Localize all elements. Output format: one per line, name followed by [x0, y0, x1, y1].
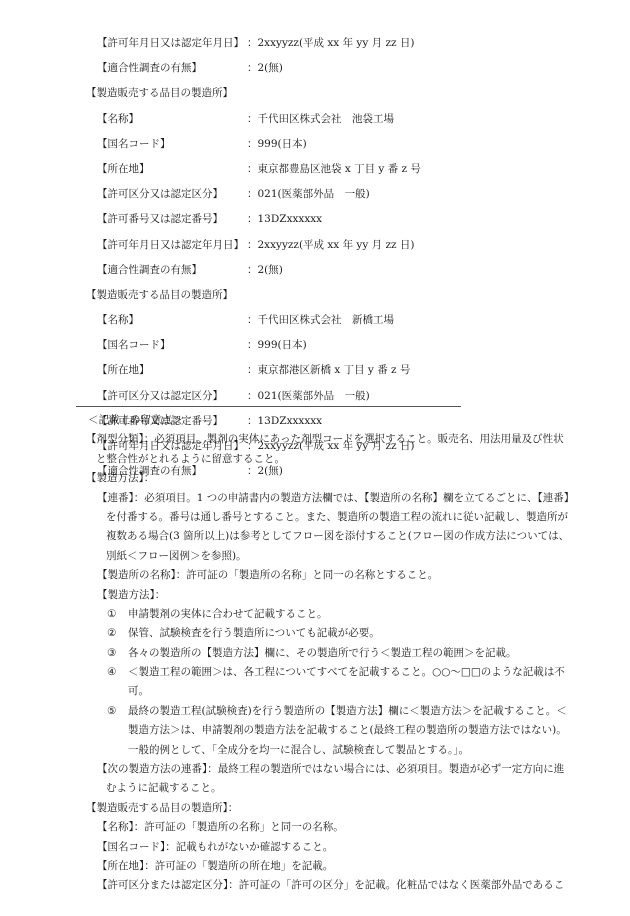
- field-label: 【許可年月日又は認定年月日】: [97, 35, 244, 51]
- note-text: 保管、試験検査を行う製造所についても記載が必要。: [128, 626, 380, 641]
- note-line: 【連番】：必須項目。1 つの申請書内の製造方法欄では、【製造所の名称】欄を立てる…: [0, 491, 630, 510]
- note-text: 最終の製造工程(試験検査)を行う製造所の【製造方法】欄に＜製造方法＞を記載するこ…: [128, 704, 567, 719]
- section-heading: 【製造販売する品目の製造所】: [86, 85, 233, 101]
- note-line: むように記載すること。: [0, 781, 630, 800]
- note-line: 【許可区分または認定区分】：許可証の「許可の区分」を記載。化粧品ではなく医薬部外…: [0, 878, 630, 897]
- note-line: 複数ある場合(3 箇所以上)は参考としてフロー図を添付すること(フロー図の作成方…: [0, 529, 630, 548]
- note-text: 【許可区分または認定区分】：許可証の「許可の区分」を記載。化粧品ではなく医薬部外…: [97, 878, 564, 893]
- field-label: 【名称】: [97, 111, 139, 127]
- note-text: 【国名コード】：記載もれがないか確認すること。: [97, 840, 333, 855]
- form-field-row: 【許可年月日又は認定年月日】：2xxyyzz(平成 xx 年 yy 月 zz 日…: [0, 35, 630, 60]
- section-divider: [76, 406, 461, 407]
- section-heading-row: 【製造販売する品目の製造所】: [0, 85, 630, 110]
- section-heading: 【製造販売する品目の製造所】: [86, 287, 233, 303]
- field-value: ：東京都港区新橋 x 丁目 y 番 z 号: [247, 362, 410, 378]
- note-line: 【製造販売する品目の製造所】：: [0, 801, 630, 820]
- note-line: を付番する。番号は通し番号とすること。また、製造所の製造工程の流れに従い記載し、…: [0, 510, 630, 529]
- note-text: 【製造所の名称】：許可証の「製造所の名称」と同一の名称とすること。: [97, 568, 438, 583]
- field-label: 【名称】: [97, 312, 139, 328]
- note-text: 【次の製造方法の連番】：最終工程の製造所ではない場合には、必須項目。製造が必ず一…: [97, 762, 564, 777]
- form-field-row: 【名称】：千代田区株式会社 新橋工場: [0, 312, 630, 337]
- field-value: ：021(医薬部外品 一般): [247, 186, 370, 202]
- form-field-row: 【名称】：千代田区株式会社 池袋工場: [0, 111, 630, 136]
- form-field-row: 【国名コード】：999(日本): [0, 136, 630, 161]
- note-line: ④＜製造工程の範囲＞は、各工程についてすべてを記載すること。○○～□□のような記…: [0, 665, 630, 684]
- list-number: ④: [107, 665, 116, 680]
- section-heading-row: 【製造販売する品目の製造所】: [0, 287, 630, 312]
- field-value: ：千代田区株式会社 新橋工場: [247, 312, 394, 328]
- form-field-row: 【許可番号又は認定番号】：13DZxxxxxx: [0, 211, 630, 236]
- note-line: 製造方法＞は、申請製剤の製造方法を記載すること(最終工程の製造所の製造方法ではな…: [0, 723, 630, 742]
- field-value: ：2xxyyzz(平成 xx 年 yy 月 zz 日): [247, 237, 414, 253]
- field-value: ：2(無): [247, 262, 283, 278]
- field-label: 【許可区分又は認定区分】: [97, 388, 223, 404]
- note-line: ②保管、試験検査を行う製造所についても記載が必要。: [0, 626, 630, 645]
- note-text: 【製造販売する品目の製造所】：: [86, 801, 238, 816]
- note-line: ⑤最終の製造工程(試験検査)を行う製造所の【製造方法】欄に＜製造方法＞を記載する…: [0, 704, 630, 723]
- form-field-row: 【許可年月日又は認定年月日】：2xxyyzz(平成 xx 年 yy 月 zz 日…: [0, 237, 630, 262]
- note-line: ③各々の製造所の【製造方法】欄に、その製造所で行う＜製造工程の範囲＞を記載。: [0, 646, 630, 665]
- field-label: 【適合性調査の有無】: [97, 60, 202, 76]
- form-field-row: 【所在地】：東京都豊島区池袋 x 丁目 y 番 z 号: [0, 161, 630, 186]
- note-text: 【所在地】：許可証の「製造所の所在地」を記載。: [97, 859, 333, 874]
- form-field-row: 【適合性調査の有無】：2(無): [0, 60, 630, 85]
- note-text: むように記載すること。: [106, 781, 222, 796]
- field-value: ：999(日本): [247, 337, 307, 353]
- field-value: ：東京都豊島区池袋 x 丁目 y 番 z 号: [247, 161, 421, 177]
- note-line: 【国名コード】：記載もれがないか確認すること。: [0, 840, 630, 859]
- list-number: ①: [107, 607, 116, 622]
- note-line: 可。: [0, 684, 630, 703]
- note-text: 一般的例として、「全成分を均一に混合し、試験検査して製品とする。」。: [128, 743, 469, 758]
- field-label: 【許可区分又は認定区分】: [97, 186, 223, 202]
- form-field-row: 【許可区分又は認定区分】：021(医薬部外品 一般): [0, 388, 630, 413]
- note-text: 複数ある場合(3 箇所以上)は参考としてフロー図を添付すること(フロー図の作成方…: [106, 529, 569, 544]
- note-line: 一般的例として、「全成分を均一に混合し、試験検査して製品とする。」。: [0, 743, 630, 762]
- notes-title-line: ＜記載上の留意点＞: [0, 413, 630, 432]
- note-text: 別紙＜フロー図例＞を参照)。: [106, 549, 247, 564]
- field-label: 【適合性調査の有無】: [97, 262, 202, 278]
- note-text: 【製造方法】：: [97, 588, 165, 603]
- field-label: 【所在地】: [97, 362, 150, 378]
- note-text: 製造方法＞は、申請製剤の製造方法を記載すること(最終工程の製造所の製造方法ではな…: [128, 723, 567, 738]
- form-field-row: 【所在地】：東京都港区新橋 x 丁目 y 番 z 号: [0, 362, 630, 387]
- field-value: ：2(無): [247, 60, 283, 76]
- note-text: 【剤型分類】：必須項目。製剤の実体にあった剤型コードを選択すること。販売名、用法…: [86, 432, 564, 447]
- field-label: 【所在地】: [97, 161, 150, 177]
- note-line: と整合性がとれるように留意すること。: [0, 452, 630, 471]
- note-text: 【製造方法】：: [86, 471, 154, 486]
- note-line: 【製造方法】：: [0, 471, 630, 490]
- note-text: 【名称】：許可証の「製造所の名称」と同一の名称。: [97, 820, 344, 835]
- list-number: ③: [107, 646, 116, 661]
- note-text: 可。: [128, 684, 149, 699]
- note-line: 【製造所の名称】：許可証の「製造所の名称」と同一の名称とすること。: [0, 568, 630, 587]
- note-line: 【次の製造方法の連番】：最終工程の製造所ではない場合には、必須項目。製造が必ず一…: [0, 762, 630, 781]
- list-number: ⑤: [107, 704, 116, 719]
- note-line: ①申請製剤の実体に合わせて記載すること。: [0, 607, 630, 626]
- notes-title: ＜記載上の留意点＞: [88, 413, 183, 428]
- form-field-row: 【国名コード】：999(日本): [0, 337, 630, 362]
- note-text: 【連番】：必須項目。1 つの申請書内の製造方法欄では、【製造所の名称】欄を立てる…: [97, 491, 574, 506]
- note-line: 別紙＜フロー図例＞を参照)。: [0, 549, 630, 568]
- field-label: 【許可年月日又は認定年月日】: [97, 237, 244, 253]
- note-text: 申請製剤の実体に合わせて記載すること。: [128, 607, 328, 622]
- field-value: ：千代田区株式会社 池袋工場: [247, 111, 394, 127]
- field-label: 【許可番号又は認定番号】: [97, 211, 223, 227]
- document-page: 【許可年月日又は認定年月日】：2xxyyzz(平成 xx 年 yy 月 zz 日…: [0, 0, 630, 916]
- field-label: 【国名コード】: [97, 136, 171, 152]
- note-line: 【剤型分類】：必須項目。製剤の実体にあった剤型コードを選択すること。販売名、用法…: [0, 432, 630, 451]
- field-value: ：999(日本): [247, 136, 307, 152]
- field-value: ：021(医薬部外品 一般): [247, 388, 370, 404]
- note-text: と整合性がとれるように留意すること。: [96, 452, 285, 467]
- field-label: 【国名コード】: [97, 337, 171, 353]
- field-value: ：13DZxxxxxx: [247, 211, 322, 227]
- form-field-row: 【許可区分又は認定区分】：021(医薬部外品 一般): [0, 186, 630, 211]
- note-line: 【名称】：許可証の「製造所の名称」と同一の名称。: [0, 820, 630, 839]
- form-field-row: 【適合性調査の有無】：2(無): [0, 262, 630, 287]
- field-value: ：2xxyyzz(平成 xx 年 yy 月 zz 日): [247, 35, 414, 51]
- note-line: 【製造方法】：: [0, 588, 630, 607]
- note-text: を付番する。番号は通し番号とすること。また、製造所の製造工程の流れに従い記載し、…: [106, 510, 568, 525]
- note-line: 【所在地】：許可証の「製造所の所在地」を記載。: [0, 859, 630, 878]
- notes-section: ＜記載上の留意点＞ 【剤型分類】：必須項目。製剤の実体にあった剤型コードを選択す…: [0, 413, 630, 898]
- list-number: ②: [107, 626, 116, 641]
- note-text: 各々の製造所の【製造方法】欄に、その製造所で行う＜製造工程の範囲＞を記載。: [128, 646, 517, 661]
- note-text: ＜製造工程の範囲＞は、各工程についてすべてを記載すること。○○～□□のような記載…: [128, 665, 565, 680]
